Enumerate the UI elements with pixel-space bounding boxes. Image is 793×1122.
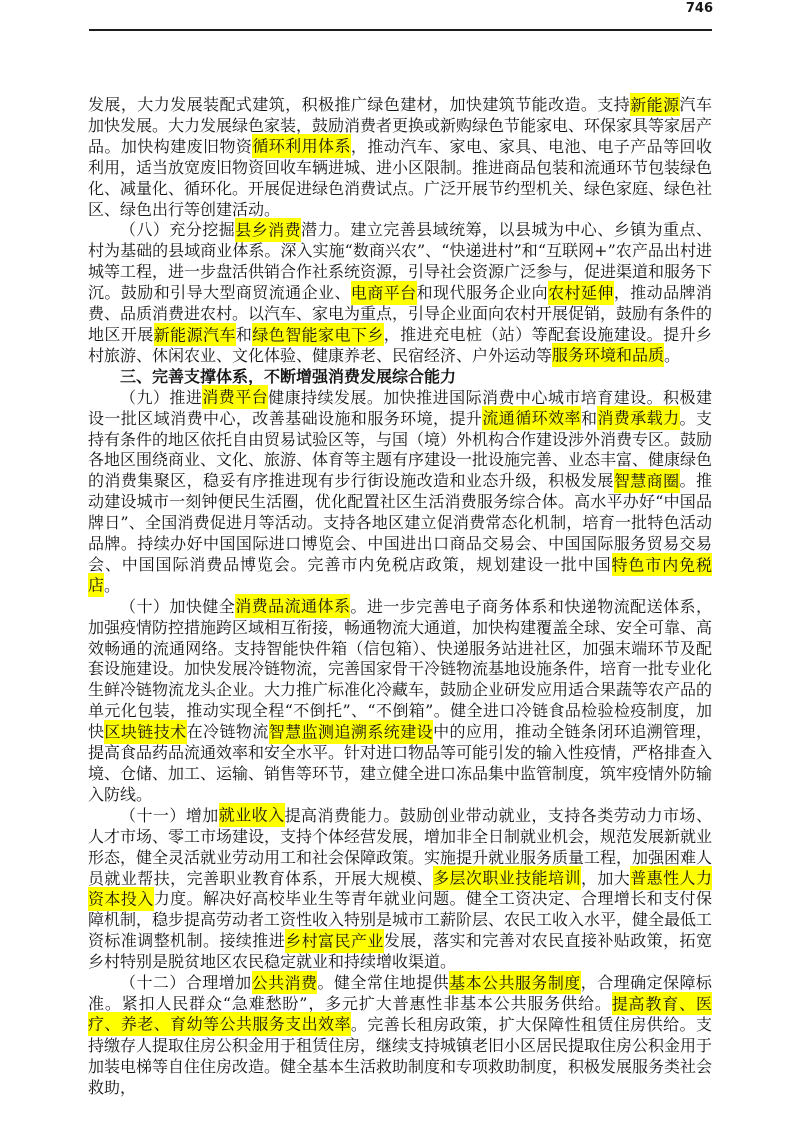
document-page: 746 发展，大力发展装配式建筑，积极推广绿色建材，加快建筑节能改造。支持新能源… bbox=[0, 0, 793, 1122]
highlighted-text: 基本公共服务制度 bbox=[449, 971, 581, 995]
highlighted-text: 就业收入 bbox=[219, 803, 285, 827]
paragraph: （十二）合理增加公共消费。健全常住地提供基本公共服务制度，合理确定保障标准。紧扣… bbox=[88, 973, 712, 1098]
highlighted-text: 县乡消费 bbox=[235, 218, 301, 242]
text-run: 。健全常住地提供 bbox=[317, 973, 449, 992]
paragraph: （十一）增加就业收入提高消费能力。鼓励创业带动就业，支持各类劳动力市场、人才市场… bbox=[88, 806, 712, 973]
text-run: 和 bbox=[581, 409, 597, 428]
highlighted-text: 智慧监测追溯系统建设 bbox=[269, 720, 433, 744]
text-run: 在冷链物流 bbox=[187, 722, 269, 741]
highlighted-text: 多层次职业技能培训 bbox=[433, 866, 581, 890]
text-run: （八）充分挖掘 bbox=[120, 220, 235, 239]
highlighted-text: 消费平台 bbox=[202, 385, 268, 409]
text-run: 和现代服务企业向 bbox=[417, 283, 548, 302]
text-run: （十二）合理增加 bbox=[120, 973, 252, 992]
highlighted-text: 区块链技术 bbox=[104, 720, 186, 744]
highlighted-text: 新能源 bbox=[630, 93, 679, 117]
highlighted-text: 电商平台 bbox=[351, 281, 417, 305]
text-run: 三、完善支撑体系，不断增强消费发展综合能力 bbox=[120, 367, 456, 386]
text-run: （十一）增加 bbox=[120, 806, 219, 825]
highlighted-text: 绿色智能家电下乡 bbox=[252, 323, 383, 347]
highlighted-text: 智慧商圈 bbox=[614, 469, 680, 493]
document-body: 发展，大力发展装配式建筑，积极推广绿色建材，加快建筑节能改造。支持新能源汽车加快… bbox=[88, 95, 712, 1099]
text-run: 和 bbox=[236, 325, 252, 344]
highlighted-text: 消费承载力 bbox=[597, 406, 679, 430]
section-heading: 三、完善支撑体系，不断增强消费发展综合能力 bbox=[88, 367, 712, 388]
highlighted-text: 流通循环效率 bbox=[482, 406, 581, 430]
paragraph: （八）充分挖掘县乡消费潜力。建立完善县域统筹，以县城为中心、乡镇为重点、村为基础… bbox=[88, 220, 712, 366]
highlighted-text: 农村延伸 bbox=[548, 281, 614, 305]
text-run: ，加大 bbox=[581, 869, 630, 888]
text-run: 发展，大力发展装配式建筑，积极推广绿色建材，加快建筑节能改造。支持 bbox=[88, 95, 630, 114]
highlighted-text: 乡村富民产业 bbox=[285, 929, 384, 953]
highlighted-text: 循环利用体系 bbox=[252, 134, 351, 158]
paragraph: （十）加快健全消费品流通体系。进一步完善电子商务体系和快递物流配送体系，加强疫情… bbox=[88, 597, 712, 806]
header-divider bbox=[89, 29, 712, 31]
highlighted-text: 新能源汽车 bbox=[154, 323, 236, 347]
highlighted-text: 公共消费 bbox=[252, 971, 318, 995]
text-run: （十）加快健全 bbox=[120, 597, 235, 616]
text-run: （九）推进 bbox=[120, 388, 202, 407]
paragraph: 发展，大力发展装配式建筑，积极推广绿色建材，加快建筑节能改造。支持新能源汽车加快… bbox=[88, 95, 712, 220]
text-run: 。 bbox=[664, 346, 680, 365]
highlighted-text: 服务环境和品质 bbox=[552, 343, 664, 367]
text-run: 。 bbox=[104, 576, 120, 595]
page-number: 746 bbox=[686, 1, 713, 16]
paragraph: （九）推进消费平台健康持续发展。加快推进国际消费中心城市培育建设。积极建设一批区… bbox=[88, 388, 712, 597]
highlighted-text: 消费品流通体系 bbox=[235, 594, 350, 618]
